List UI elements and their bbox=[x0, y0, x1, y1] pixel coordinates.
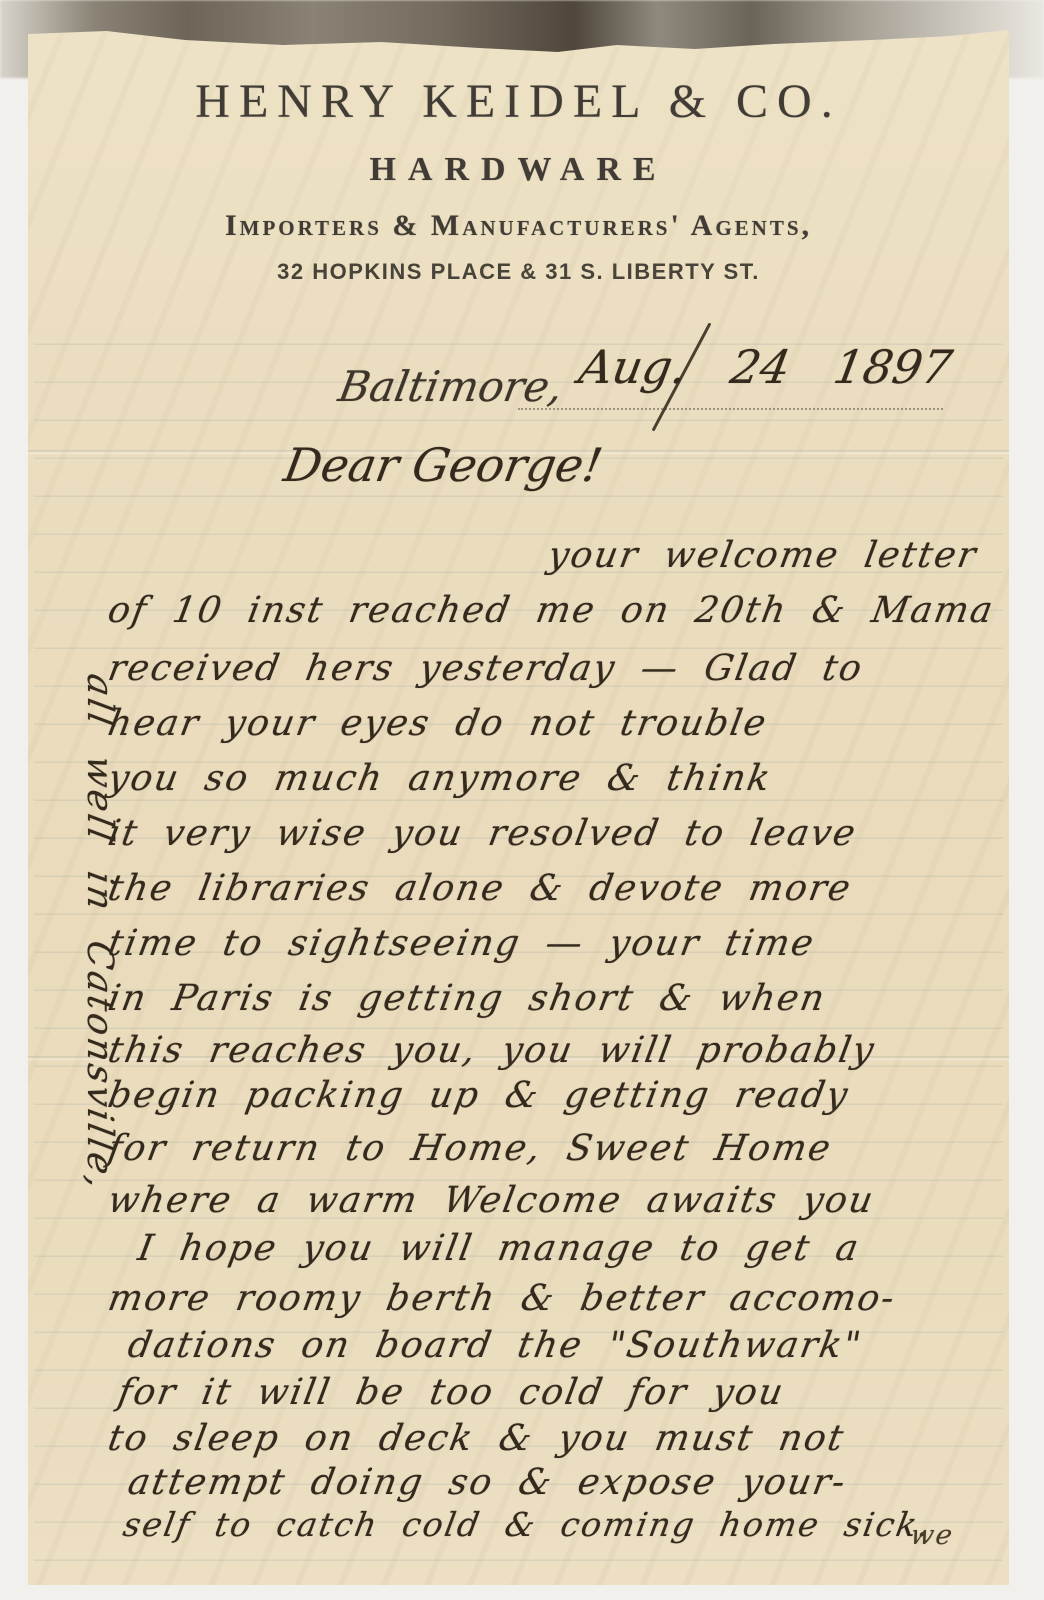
letter-line: of 10 inst reached me on 20th & Mama bbox=[103, 590, 998, 642]
letter-line: begin packing up & getting ready bbox=[103, 1075, 852, 1127]
letter-sheet: HENRY KEIDEL & CO. HARDWARE Importers & … bbox=[28, 18, 1009, 1585]
letter-line: dations on board the "Southwark" bbox=[123, 1325, 866, 1377]
letter-line: the libraries alone & devote more bbox=[103, 868, 855, 920]
salutation: Dear George! bbox=[280, 438, 606, 492]
dateline-date: Aug. 24 1897 bbox=[575, 340, 956, 394]
letter-line: self to catch cold & coming home sick. bbox=[118, 1505, 934, 1557]
letter-line: you so much anymore & think bbox=[103, 758, 775, 810]
letter-scan: HENRY KEIDEL & CO. HARDWARE Importers & … bbox=[0, 0, 1044, 1600]
letterhead: HENRY KEIDEL & CO. HARDWARE Importers & … bbox=[28, 74, 1009, 285]
letter-line: for it will be too cold for you bbox=[113, 1372, 788, 1424]
street-address: 32 HOPKINS PLACE & 31 S. LIBERTY ST. bbox=[28, 259, 1009, 285]
page-turn-mark: we bbox=[908, 1520, 957, 1551]
letter-line: hear your eyes do not trouble bbox=[103, 703, 771, 755]
letter-line: more roomy berth & better accomo- bbox=[103, 1278, 899, 1330]
margin-note-vertical: all well in Catonsville, bbox=[79, 671, 120, 1195]
letter-line: where a warm Welcome awaits you bbox=[103, 1180, 878, 1232]
letter-line: time to sightseeing — your time bbox=[103, 923, 818, 975]
tagline: Importers & Manufacturers' Agents, bbox=[28, 209, 1009, 243]
letter-line: received hers yesterday — Glad to bbox=[103, 648, 867, 700]
dateline-dotted-rule bbox=[518, 408, 943, 410]
business-line: HARDWARE bbox=[28, 151, 1009, 189]
letter-line: I hope you will manage to get a bbox=[133, 1228, 863, 1280]
dateline-city: Baltimore, bbox=[335, 362, 567, 411]
company-name: HENRY KEIDEL & CO. bbox=[28, 74, 1009, 129]
letter-line: in Paris is getting short & when bbox=[103, 978, 829, 1030]
letter-line: your welcome letter bbox=[543, 535, 981, 587]
letter-line: it very wise you resolved to leave bbox=[103, 813, 860, 865]
letter-line: for return to Home, Sweet Home bbox=[103, 1128, 835, 1180]
